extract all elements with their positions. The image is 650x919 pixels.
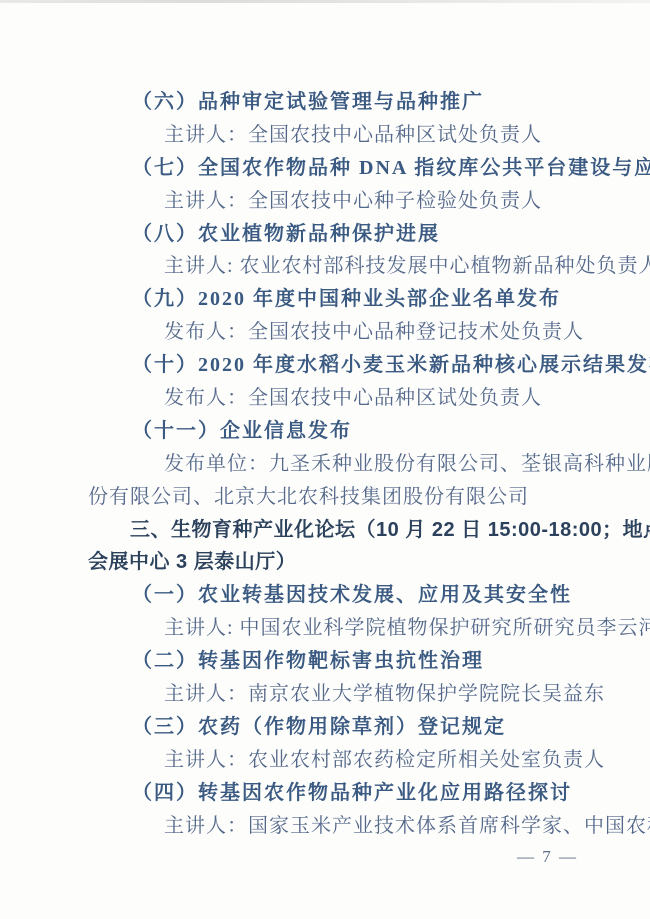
speaker-line: 发布单位：九圣禾种业股份有限公司、荃银高科种业股 <box>88 448 584 481</box>
agenda-item-title: （一）农业转基因技术发展、应用及其安全性 <box>88 579 584 612</box>
agenda-item-title: （六）品种审定试验管理与品种推广 <box>88 86 584 119</box>
speaker-line: 主讲人: 农业农村部科技发展中心植物新品种处负责人 <box>88 250 584 283</box>
agenda-item-title: （四）转基因农作物品种产业化应用路径探讨 <box>88 777 584 810</box>
speaker-line: 主讲人：农业农村部农药检定所相关处室负责人 <box>88 744 584 777</box>
agenda-item-title: （九）2020 年度中国种业头部企业名单发布 <box>88 283 584 316</box>
speaker-line: 主讲人：全国农技中心种子检验处负责人 <box>88 185 584 218</box>
speaker-line: 发布人：全国农技中心品种登记技术处负责人 <box>88 316 584 349</box>
agenda-item-title: （八）农业植物新品种保护进展 <box>88 218 584 251</box>
speaker-line: 主讲人：国家玉米产业技术体系首席科学家、中国农科 <box>88 810 584 843</box>
scan-artifact-top-edge <box>0 0 650 3</box>
agenda-item-title: （七）全国农作物品种 DNA 指纹库公共平台建设与应用 <box>88 152 584 185</box>
agenda-item-title: （十一）企业信息发布 <box>88 415 584 448</box>
agenda-item-title: （三）农药（作物用除草剂）登记规定 <box>88 711 584 744</box>
section-heading: 三、生物育种产业化论坛（10 月 22 日 15:00-18:00；地点： <box>88 514 584 547</box>
page-number: — 7 — <box>517 846 578 868</box>
speaker-line: 主讲人：全国农技中心品种区试处负责人 <box>88 119 584 152</box>
agenda-item-title: （十）2020 年度水稻小麦玉米新品种核心展示结果发布 <box>88 349 584 382</box>
document-body: （六）品种审定试验管理与品种推广 主讲人：全国农技中心品种区试处负责人 （七）全… <box>88 86 584 842</box>
speaker-line: 主讲人: 中国农业科学院植物保护研究所研究员李云河 <box>88 612 584 645</box>
scanned-document-page: （六）品种审定试验管理与品种推广 主讲人：全国农技中心品种区试处负责人 （七）全… <box>0 0 650 919</box>
speaker-line: 主讲人：南京农业大学植物保护学院院长吴益东 <box>88 678 584 711</box>
text-continuation-line: 份有限公司、北京大北农科技集团股份有限公司 <box>88 481 584 514</box>
agenda-item-title: （二）转基因作物靶标害虫抗性治理 <box>88 645 584 678</box>
speaker-line: 发布人：全国农技中心品种区试处负责人 <box>88 382 584 415</box>
section-heading-continuation: 会展中心 3 层泰山厅） <box>88 546 584 579</box>
